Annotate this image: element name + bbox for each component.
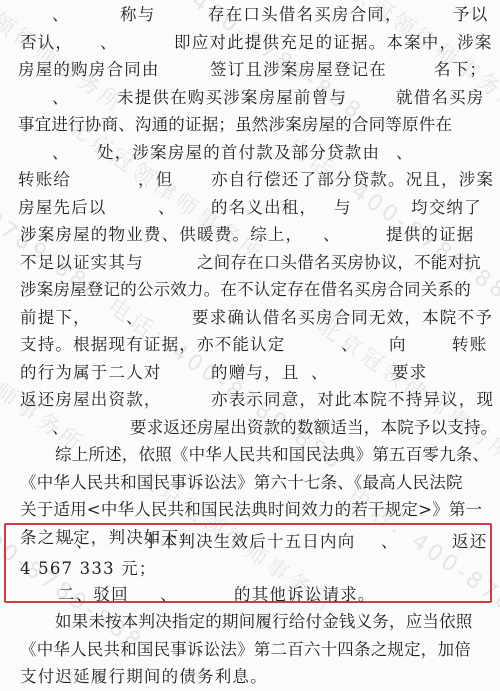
text-segment: 要求 <box>392 361 427 385</box>
body-line: 支持。根据现有证据，亦不能认定、向转账 <box>0 333 500 357</box>
text-segment: 未提供在购买涉案房屋前曾与 <box>117 86 347 110</box>
text-segment: 返还房屋出资款， <box>20 388 162 412</box>
text-segment: 名下； <box>434 58 487 82</box>
text-segment: 4 567 333 元； <box>20 557 157 581</box>
text-segment: 予以 <box>453 3 488 27</box>
text-segment: 存在口头借名买房合同， <box>208 3 403 27</box>
body-line: 事宜进行协商、沟通的证据；虽然涉案房屋的合同等原件在 <box>0 113 500 137</box>
text-segment: 一、 <box>58 530 93 554</box>
verdict-line: 二、驳回、的其他诉讼请求。 <box>0 583 500 607</box>
text-segment: 、 <box>160 583 178 607</box>
body-line: 转账给，但亦自行偿还了部分贷款。况且，涉案 <box>0 168 500 192</box>
body-line: 、处，涉案房屋的首付款及部分贷款由、 <box>0 141 500 165</box>
text-segment: 涉案房屋登记的公示效力。在不认定存在借名买房合同关系的 <box>20 278 471 302</box>
text-segment: 、 <box>341 333 359 357</box>
text-segment: 、 <box>323 223 341 247</box>
text-segment: 二、驳回 <box>58 583 129 607</box>
text-segment: 处，涉案房屋的首付款及部分贷款由 <box>97 141 380 165</box>
text-segment: 亦表示同意，对此本院不持异议，现 <box>211 388 494 412</box>
text-segment: 事宜进行协商、沟通的证据；虽然涉案房屋的合同等原件在 <box>18 113 452 137</box>
body-line: 、未提供在购买涉案房屋前曾与就借名买房 <box>0 86 500 110</box>
text-segment: 就借名买房 <box>396 86 485 110</box>
text-segment: 、 <box>311 361 329 385</box>
body-line: 关于适用<中华人民共和国民法典时间效力的若干规定>》第一 <box>0 498 500 522</box>
text-segment: 如果未按本判决指定的期间履行给付金钱义务，应当依照 <box>55 610 473 634</box>
body-line: 房屋先后以、的名义出租，与均交纳了 <box>0 196 500 220</box>
text-segment: 转账给 <box>18 168 71 192</box>
text-segment: 要求确认借名买房合同无效，本院不予 <box>192 306 493 330</box>
body-line: 房屋的购房合同由签订且涉案房屋登记在名下； <box>0 58 500 82</box>
text-segment: 前提下， <box>20 306 91 330</box>
text-segment: 、 <box>381 530 399 554</box>
text-segment: 综上所述，依照《中华人民共和国民法典》第五百零九条、 <box>55 443 489 467</box>
text-segment: 、 <box>158 196 176 220</box>
verdict-line: 一、于本判决生效后十五日内向、返还 <box>0 530 500 554</box>
text-segment: 的行为属于二人对 <box>20 361 162 385</box>
text-segment: 签订且涉案房屋登记在 <box>210 58 387 82</box>
text-segment: 、 <box>52 86 70 110</box>
text-segment: 即应对此提供充足的证据。本案中，涉案 <box>174 31 493 55</box>
text-segment: 之间存在口头借名买房协议，不能对抗 <box>197 251 481 275</box>
text-segment: 房屋先后以 <box>18 196 107 220</box>
text-segment: 、 <box>52 416 70 440</box>
text-segment: 关于适用<中华人民共和国民法典时间效力的若干规定>》第一 <box>20 498 482 522</box>
text-segment: 、 <box>396 141 414 165</box>
text-segment: 返还 <box>452 530 487 554</box>
body-line: 涉案房屋的物业费、供暖费。综上，、提供的证据 <box>0 223 500 247</box>
text-segment: 于本判决生效后十五日内向 <box>143 530 355 554</box>
body-line: 涉案房屋登记的公示效力。在不认定存在借名买房合同关系的 <box>0 278 500 302</box>
text-segment: 转账 <box>452 333 487 357</box>
text-segment: 的其他诉讼请求。 <box>234 583 376 607</box>
text-segment: 支付迟延履行期间的债务利息。 <box>20 665 268 689</box>
text-segment: 与 <box>334 196 352 220</box>
closing-line: 如果未按本判决指定的期间履行给付金钱义务，应当依照 <box>0 610 500 634</box>
verdict-line: 4 567 333 元； <box>0 557 500 581</box>
text-segment: 否认， <box>20 31 73 55</box>
body-line: 《中华人民共和国民事诉讼法》第六十七条、《最高人民法院 <box>0 471 500 495</box>
body-line: 、要求返还房屋出资款的数额适当，本院予以支持。 <box>0 416 500 440</box>
body-line: 否认，、即应对此提供充足的证据。本案中，涉案 <box>0 31 500 55</box>
text-segment: 房屋的购房合同由 <box>18 58 160 82</box>
text-segment: 、 <box>52 141 70 165</box>
closing-line: 《中华人民共和国民事诉讼法》第二百六十四条之规定，加倍 <box>0 638 500 662</box>
text-segment: 、 <box>52 3 70 27</box>
text-segment: 、 <box>100 31 118 55</box>
body-line: 、称与存在口头借名买房合同，予以 <box>0 3 500 27</box>
text-segment: 亦自行偿还了部分贷款。况且，涉案 <box>211 168 494 192</box>
text-segment: 支持。根据现有证据，亦不能认定 <box>20 333 286 357</box>
text-segment: 要求返还房屋出资款的数额适当，本院予以支持。 <box>130 416 497 440</box>
text-segment: 《中华人民共和国民事诉讼法》第二百六十四条之规定，加倍 <box>20 638 471 662</box>
text-segment: 向 <box>389 333 407 357</box>
text-segment: 的名义出租， <box>211 196 317 220</box>
body-line: 前提下，、要求确认借名买房合同无效，本院不予 <box>0 306 500 330</box>
text-segment: 均交纳了 <box>411 196 482 220</box>
text-segment: 《中华人民共和国民事诉讼法》第六十七条、《最高人民法院 <box>20 471 463 495</box>
body-line: 不足以证实其与之间存在口头借名买房协议，不能对抗 <box>0 251 500 275</box>
text-segment: 不足以证实其与 <box>20 251 144 275</box>
text-segment: 涉案房屋的物业费、供暖费。综上， <box>20 223 303 247</box>
body-line: 返还房屋出资款，亦表示同意，对此本院不持异议，现 <box>0 388 500 412</box>
text-segment: 提供的证据 <box>386 223 475 247</box>
text-segment: ，但 <box>138 168 173 192</box>
text-segment: 、 <box>126 306 144 330</box>
text-segment: 称与 <box>120 3 155 27</box>
judgment-document-page: 北京冠领律师事务所电话：400-8789-888北京冠领律师事务所电话：400-… <box>0 0 500 691</box>
text-segment: 的赠与，且 <box>211 361 300 385</box>
body-line: 综上所述，依照《中华人民共和国民法典》第五百零九条、 <box>0 443 500 467</box>
body-line: 的行为属于二人对的赠与，且、要求 <box>0 361 500 385</box>
closing-line: 支付迟延履行期间的债务利息。 <box>0 665 500 689</box>
